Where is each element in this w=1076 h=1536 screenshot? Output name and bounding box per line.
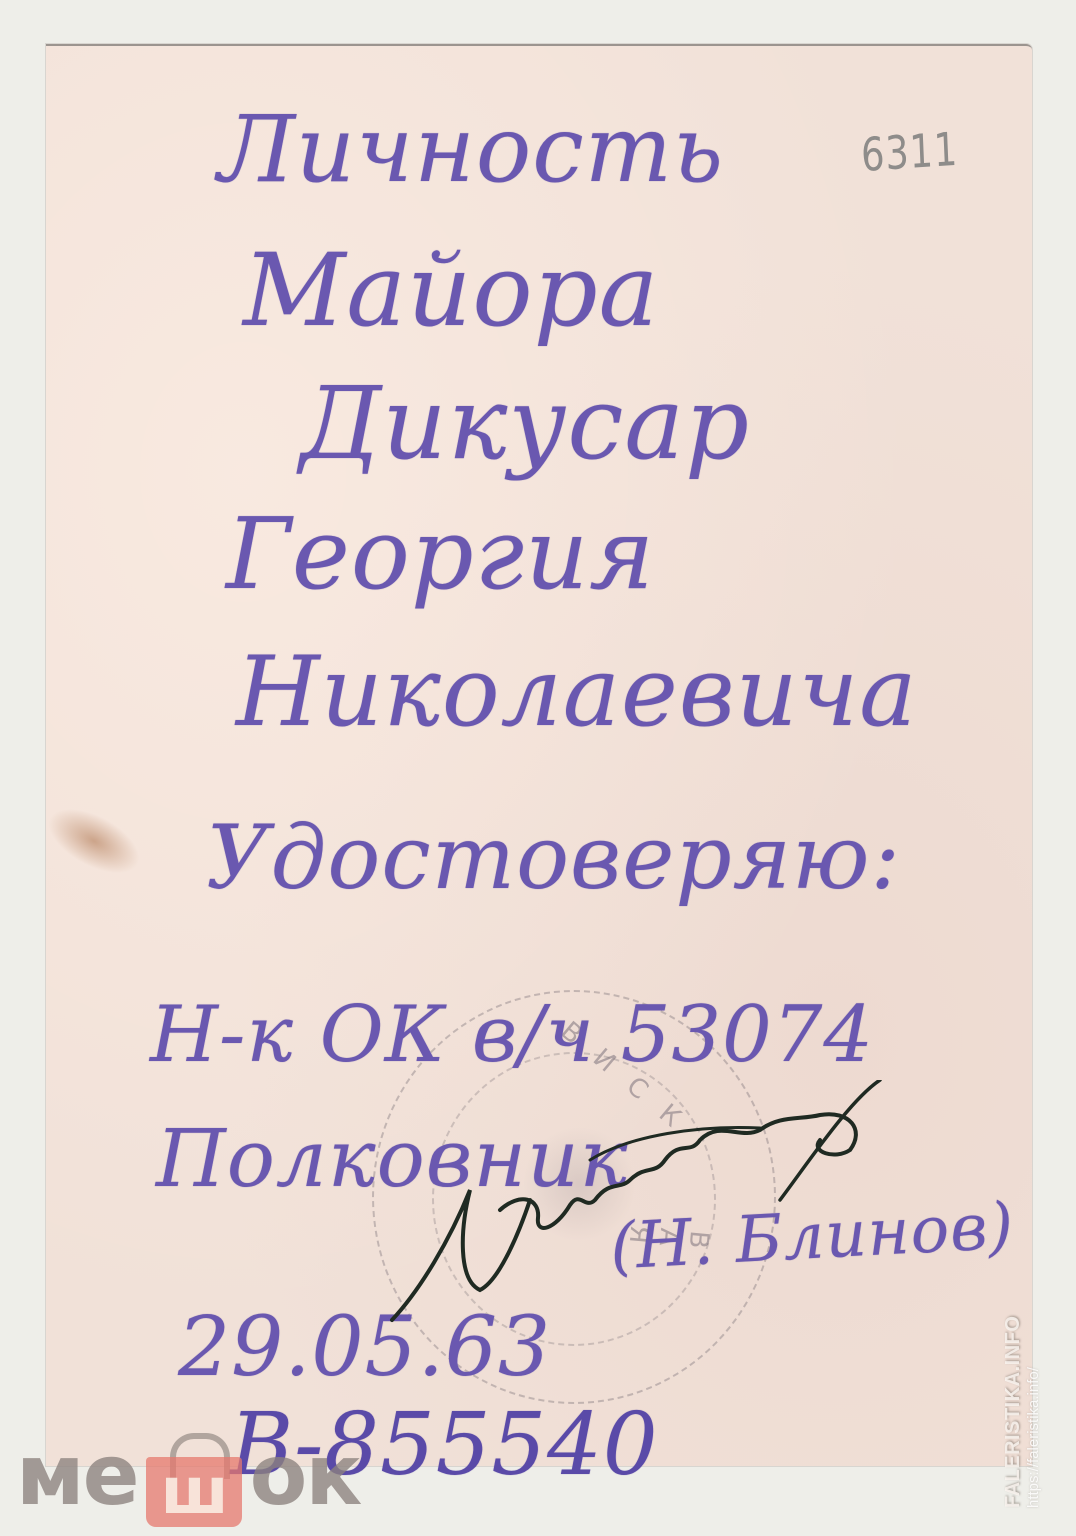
handwritten-line-unit: Н-к ОК в/ч 53074 (150, 990, 874, 1080)
handwritten-line-surname: Дикусар (300, 365, 750, 482)
pencil-note: 6311 (860, 122, 959, 182)
handwritten-line-patronymic: Николаевича (236, 636, 918, 748)
handwritten-line-first-name: Георгия (226, 498, 655, 612)
faleristika-watermark: FALERISTIKA.INFO https://faleristika.inf… (1002, 1316, 1042, 1508)
faleristika-brand: FALERISTIKA.INFO (1002, 1316, 1025, 1508)
signature-icon (380, 1080, 900, 1340)
meshok-watermark-right: ок (250, 1426, 361, 1524)
faleristika-url: https://faleristika.info/ (1025, 1316, 1042, 1508)
handwritten-line-personality: Личность (218, 96, 724, 203)
meshok-watermark-left: ме (16, 1426, 138, 1524)
meshok-watermark: ме ш ок (16, 1420, 360, 1530)
shopping-bag-icon: ш (142, 1431, 246, 1527)
handwritten-line-certify: Удостоверяю: (206, 806, 901, 909)
handwritten-line-rank: Майора (243, 232, 659, 349)
bag-letter: ш (146, 1457, 242, 1527)
